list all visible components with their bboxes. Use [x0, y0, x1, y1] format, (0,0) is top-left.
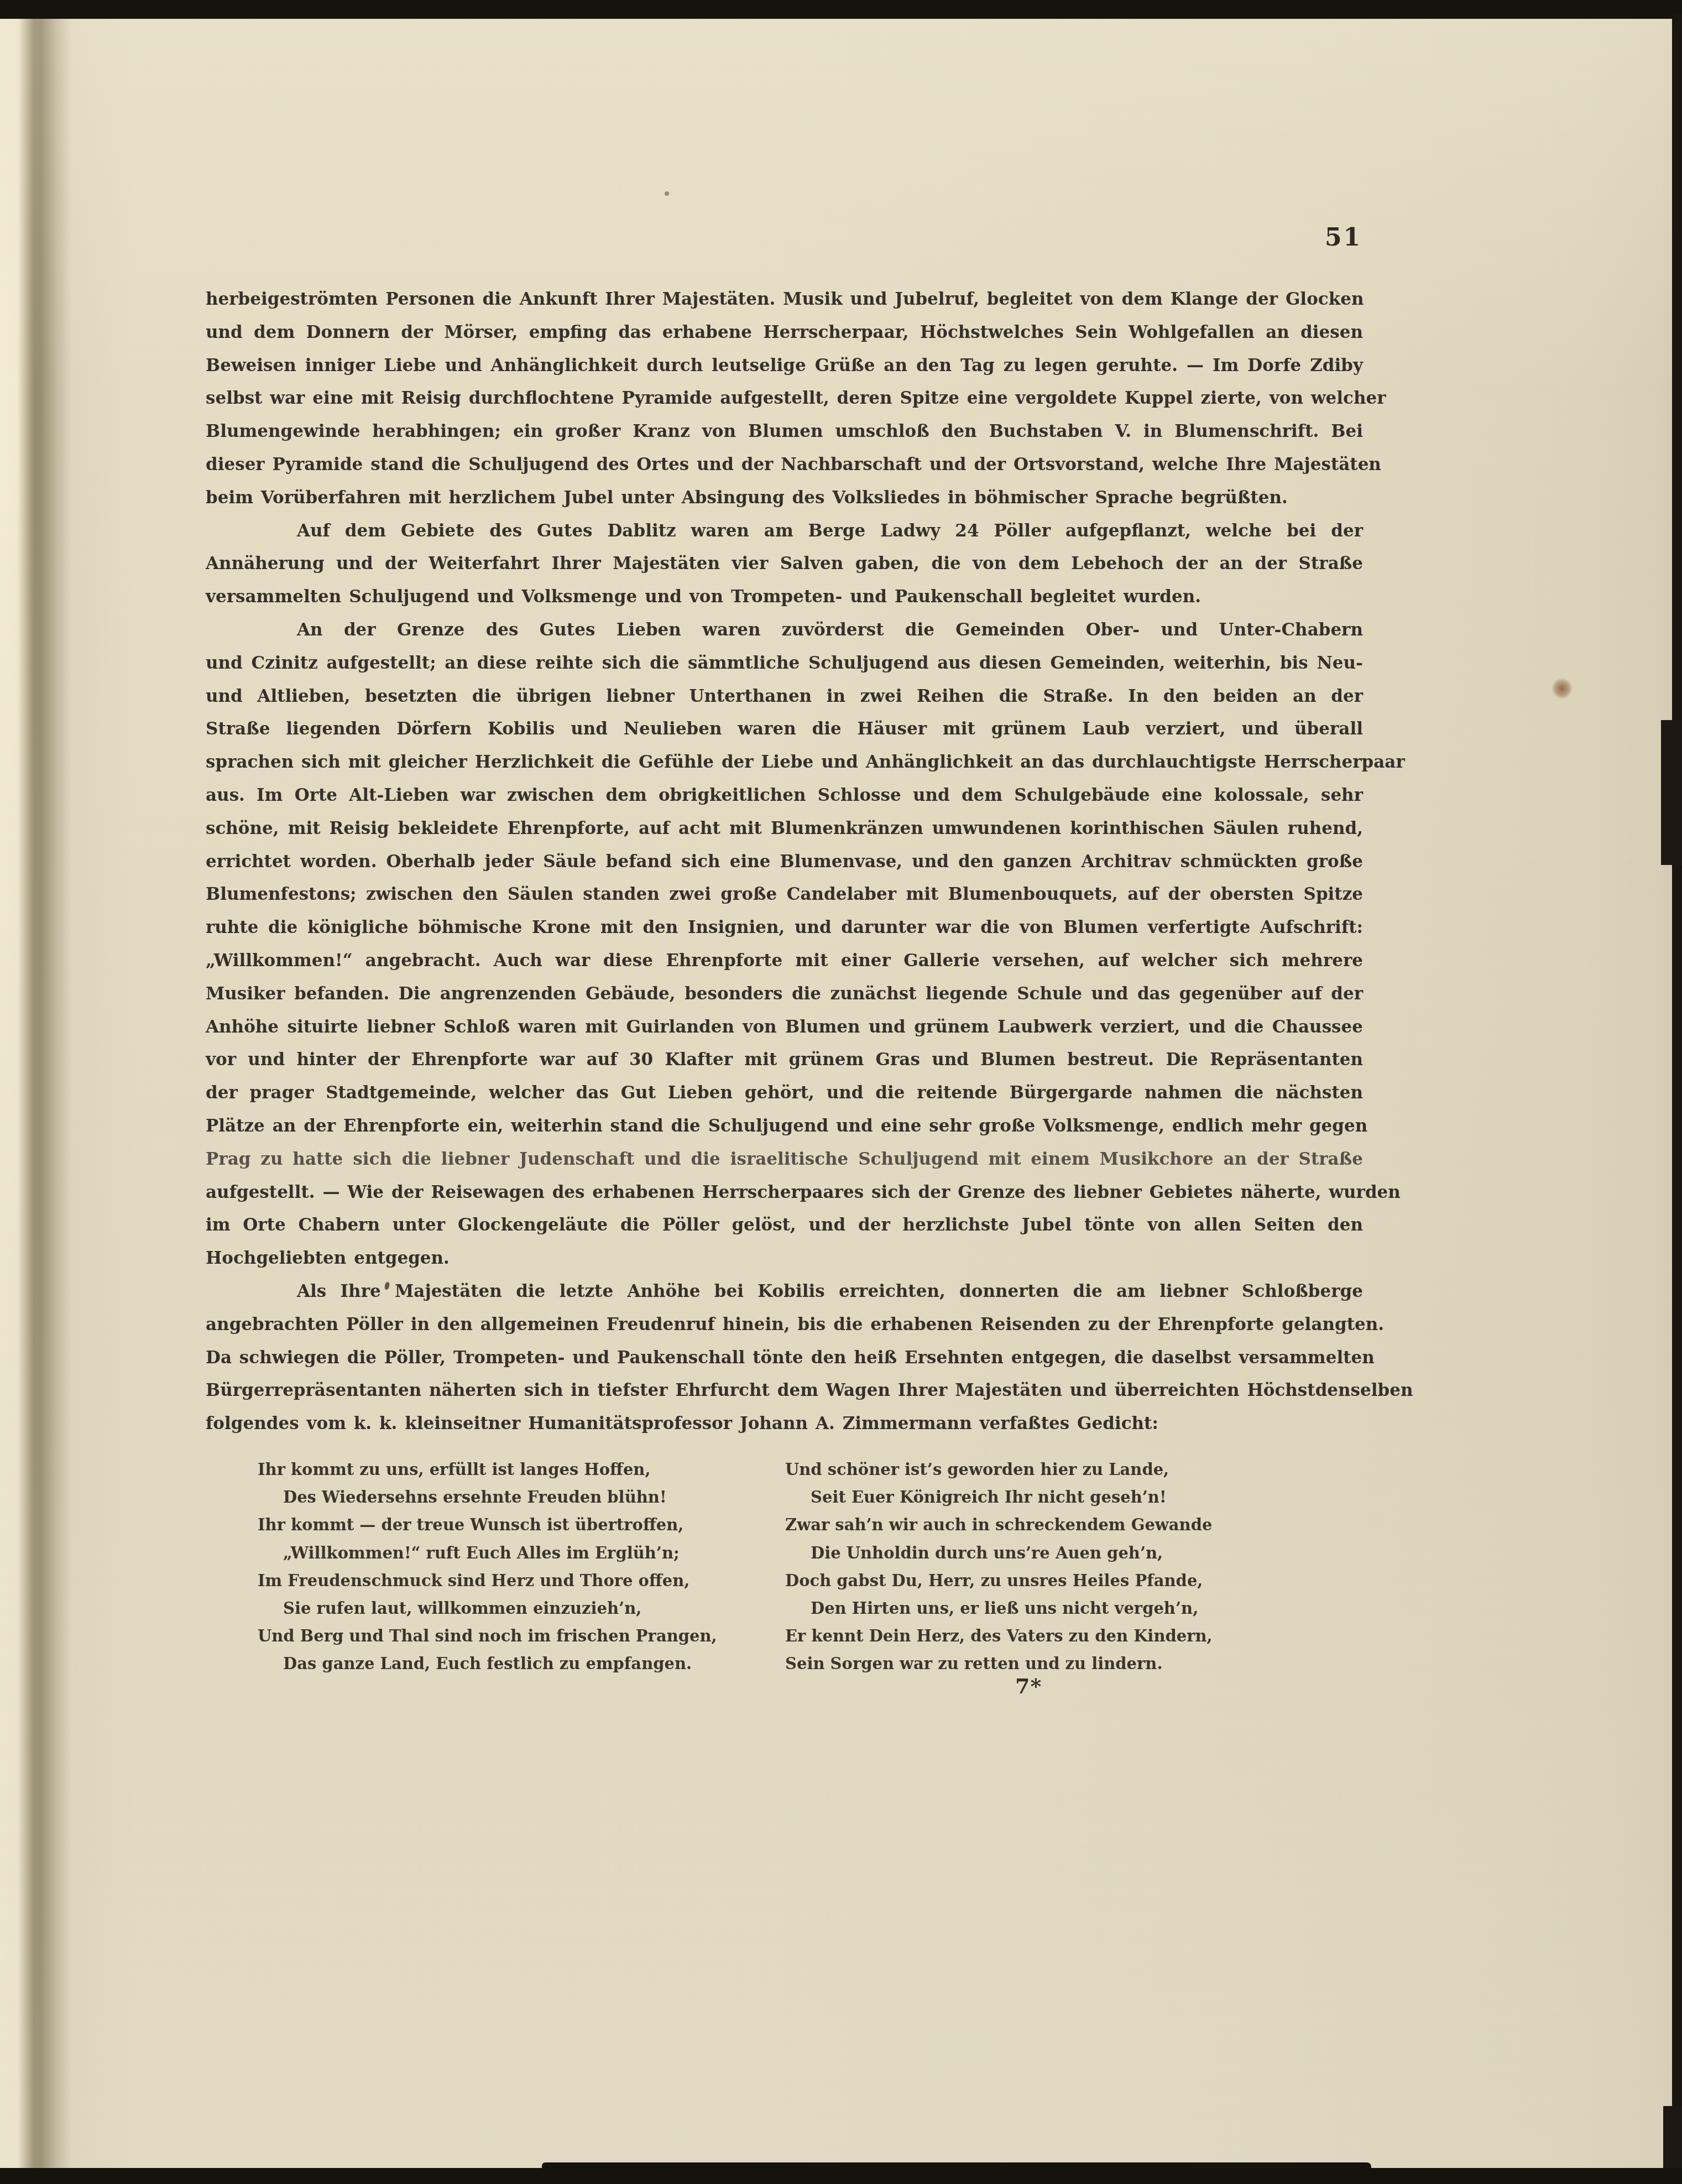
foxing-spot [1552, 678, 1573, 699]
text-line: Straße liegenden Dörfern Kobilis und Neu… [206, 713, 1363, 746]
paper-speck [665, 191, 669, 196]
text-line: Als Ihre Majestäten die letzte Anhöhe be… [206, 1275, 1363, 1309]
text-line: selbst war eine mit Reisig durchflochten… [206, 382, 1363, 415]
poem-line: Zwar sah’n wir auch in schreckendem Gewa… [785, 1511, 1410, 1539]
poem-right-column: Und schöner ist’s geworden hier zu Lande… [785, 1456, 1410, 1678]
text-line: angebrachten Pöller in den allgemeinen F… [206, 1309, 1363, 1342]
text-line: versammelten Schuljugend und Volksmenge … [206, 581, 1363, 614]
text-line: dieser Pyramide stand die Schuljugend de… [206, 449, 1363, 482]
text-line-faded: Prag zu hatte sich die liebner Judenscha… [206, 1143, 1363, 1176]
text-line: und Czinitz aufgestellt; an diese reihte… [206, 647, 1363, 680]
scanned-book-page: { "page": { "number": "51", "signature_m… [0, 0, 1682, 2184]
poem-line: Sie rufen laut, willkommen einzuzieh’n, [258, 1594, 788, 1622]
text-line: beim Vorüberfahren mit herzlichem Jubel … [206, 482, 1363, 515]
text-line: aus. Im Orte Alt-Lieben war zwischen dem… [206, 779, 1363, 812]
scan-right-edge-bulge [1663, 2106, 1682, 2173]
scan-bottom-edge [0, 2168, 1682, 2184]
poem-line: Das ganze Land, Euch festlich zu empfang… [258, 1650, 788, 1677]
text-line: vor und hinter der Ehrenpforte war auf 3… [206, 1044, 1363, 1077]
poem-line: Im Freudenschmuck sind Herz und Thore of… [258, 1567, 788, 1594]
poem-line: Sein Sorgen war zu retten und zu lindern… [785, 1650, 1410, 1677]
text-line: „Willkommen!“ angebracht. Auch war diese… [206, 945, 1363, 978]
text-line: Da schwiegen die Pöller, Trompeten- und … [206, 1342, 1363, 1375]
text-line: schöne, mit Reisig bekleidete Ehrenpfort… [206, 812, 1363, 846]
poem-line: Und Berg und Thal sind noch im frischen … [258, 1622, 788, 1650]
poem-line: Den Hirten uns, er ließ uns nicht vergeh… [785, 1594, 1410, 1622]
poem-line: Und schöner ist’s geworden hier zu Lande… [785, 1456, 1410, 1483]
poem-line: Doch gabst Du, Herr, zu unsres Heiles Pf… [785, 1567, 1410, 1594]
text-line: Anhöhe situirte liebner Schloß waren mit… [206, 1011, 1363, 1044]
text-line: folgendes vom k. k. kleinseitner Humanit… [206, 1408, 1363, 1441]
poem-line: „Willkommen!“ ruft Euch Alles im Erglüh’… [258, 1539, 788, 1567]
poem-line: Des Wiedersehns ersehnte Freuden blühn! [258, 1483, 788, 1511]
text-line: herbeigeströmten Personen die Ankunft Ih… [206, 283, 1363, 316]
text-line: Plätze an der Ehrenpforte ein, weiterhin… [206, 1110, 1363, 1143]
poem-line: Ihr kommt — der treue Wunsch ist übertro… [258, 1511, 788, 1539]
text-line: Hochgeliebten entgegen. [206, 1242, 1363, 1275]
poem-line: Er kennt Dein Herz, des Vaters zu den Ki… [785, 1622, 1410, 1650]
text-line: Bürgerrepräsentanten näherten sich in ti… [206, 1374, 1363, 1408]
text-line: errichtet worden. Oberhalb jeder Säule b… [206, 846, 1363, 879]
text-line: Blumenfestons; zwischen den Säulen stand… [206, 878, 1363, 911]
page-number: 51 [1325, 223, 1362, 252]
text-line: Musiker befanden. Die angrenzenden Gebäu… [206, 978, 1363, 1011]
body-text: herbeigeströmten Personen die Ankunft Ih… [206, 283, 1363, 1441]
text-line: und Altlieben, besetzten die übrigen lie… [206, 680, 1363, 713]
signature-mark: 7* [1015, 1674, 1042, 1698]
poem-line: Die Unholdin durch uns’re Auen geh’n, [785, 1539, 1410, 1567]
poem-line: Ihr kommt zu uns, erfüllt ist langes Hof… [258, 1456, 788, 1483]
text-line: Beweisen inniger Liebe und Anhänglichkei… [206, 350, 1363, 383]
poem-left-column: Ihr kommt zu uns, erfüllt ist langes Hof… [258, 1456, 788, 1678]
text-line: Auf dem Gebiete des Gutes Dablitz waren … [206, 515, 1363, 548]
text-line: An der Grenze des Gutes Lieben waren zuv… [206, 614, 1363, 647]
text-line: aufgestellt. — Wie der Reisewagen des er… [206, 1176, 1363, 1210]
text-line: sprachen sich mit gleicher Herzlichkeit … [206, 746, 1363, 779]
scan-right-edge-patch [1661, 720, 1682, 865]
text-line: Blumengewinde herabhingen; ein großer Kr… [206, 415, 1363, 449]
text-line: der prager Stadtgemeinde, welcher das Gu… [206, 1077, 1363, 1110]
text-line: ruhte die königliche böhmische Krone mit… [206, 911, 1363, 945]
scan-top-edge [0, 0, 1682, 19]
text-line: Annäherung und der Weiterfahrt Ihrer Maj… [206, 548, 1363, 581]
scan-right-edge [1672, 13, 1682, 2184]
text-line: im Orte Chabern unter Glockengeläute die… [206, 1209, 1363, 1242]
text-line: und dem Donnern der Mörser, empfing das … [206, 316, 1363, 350]
book-gutter-shadow [19, 19, 72, 2168]
poem-line: Seit Euer Königreich Ihr nicht geseh’n! [785, 1483, 1410, 1511]
